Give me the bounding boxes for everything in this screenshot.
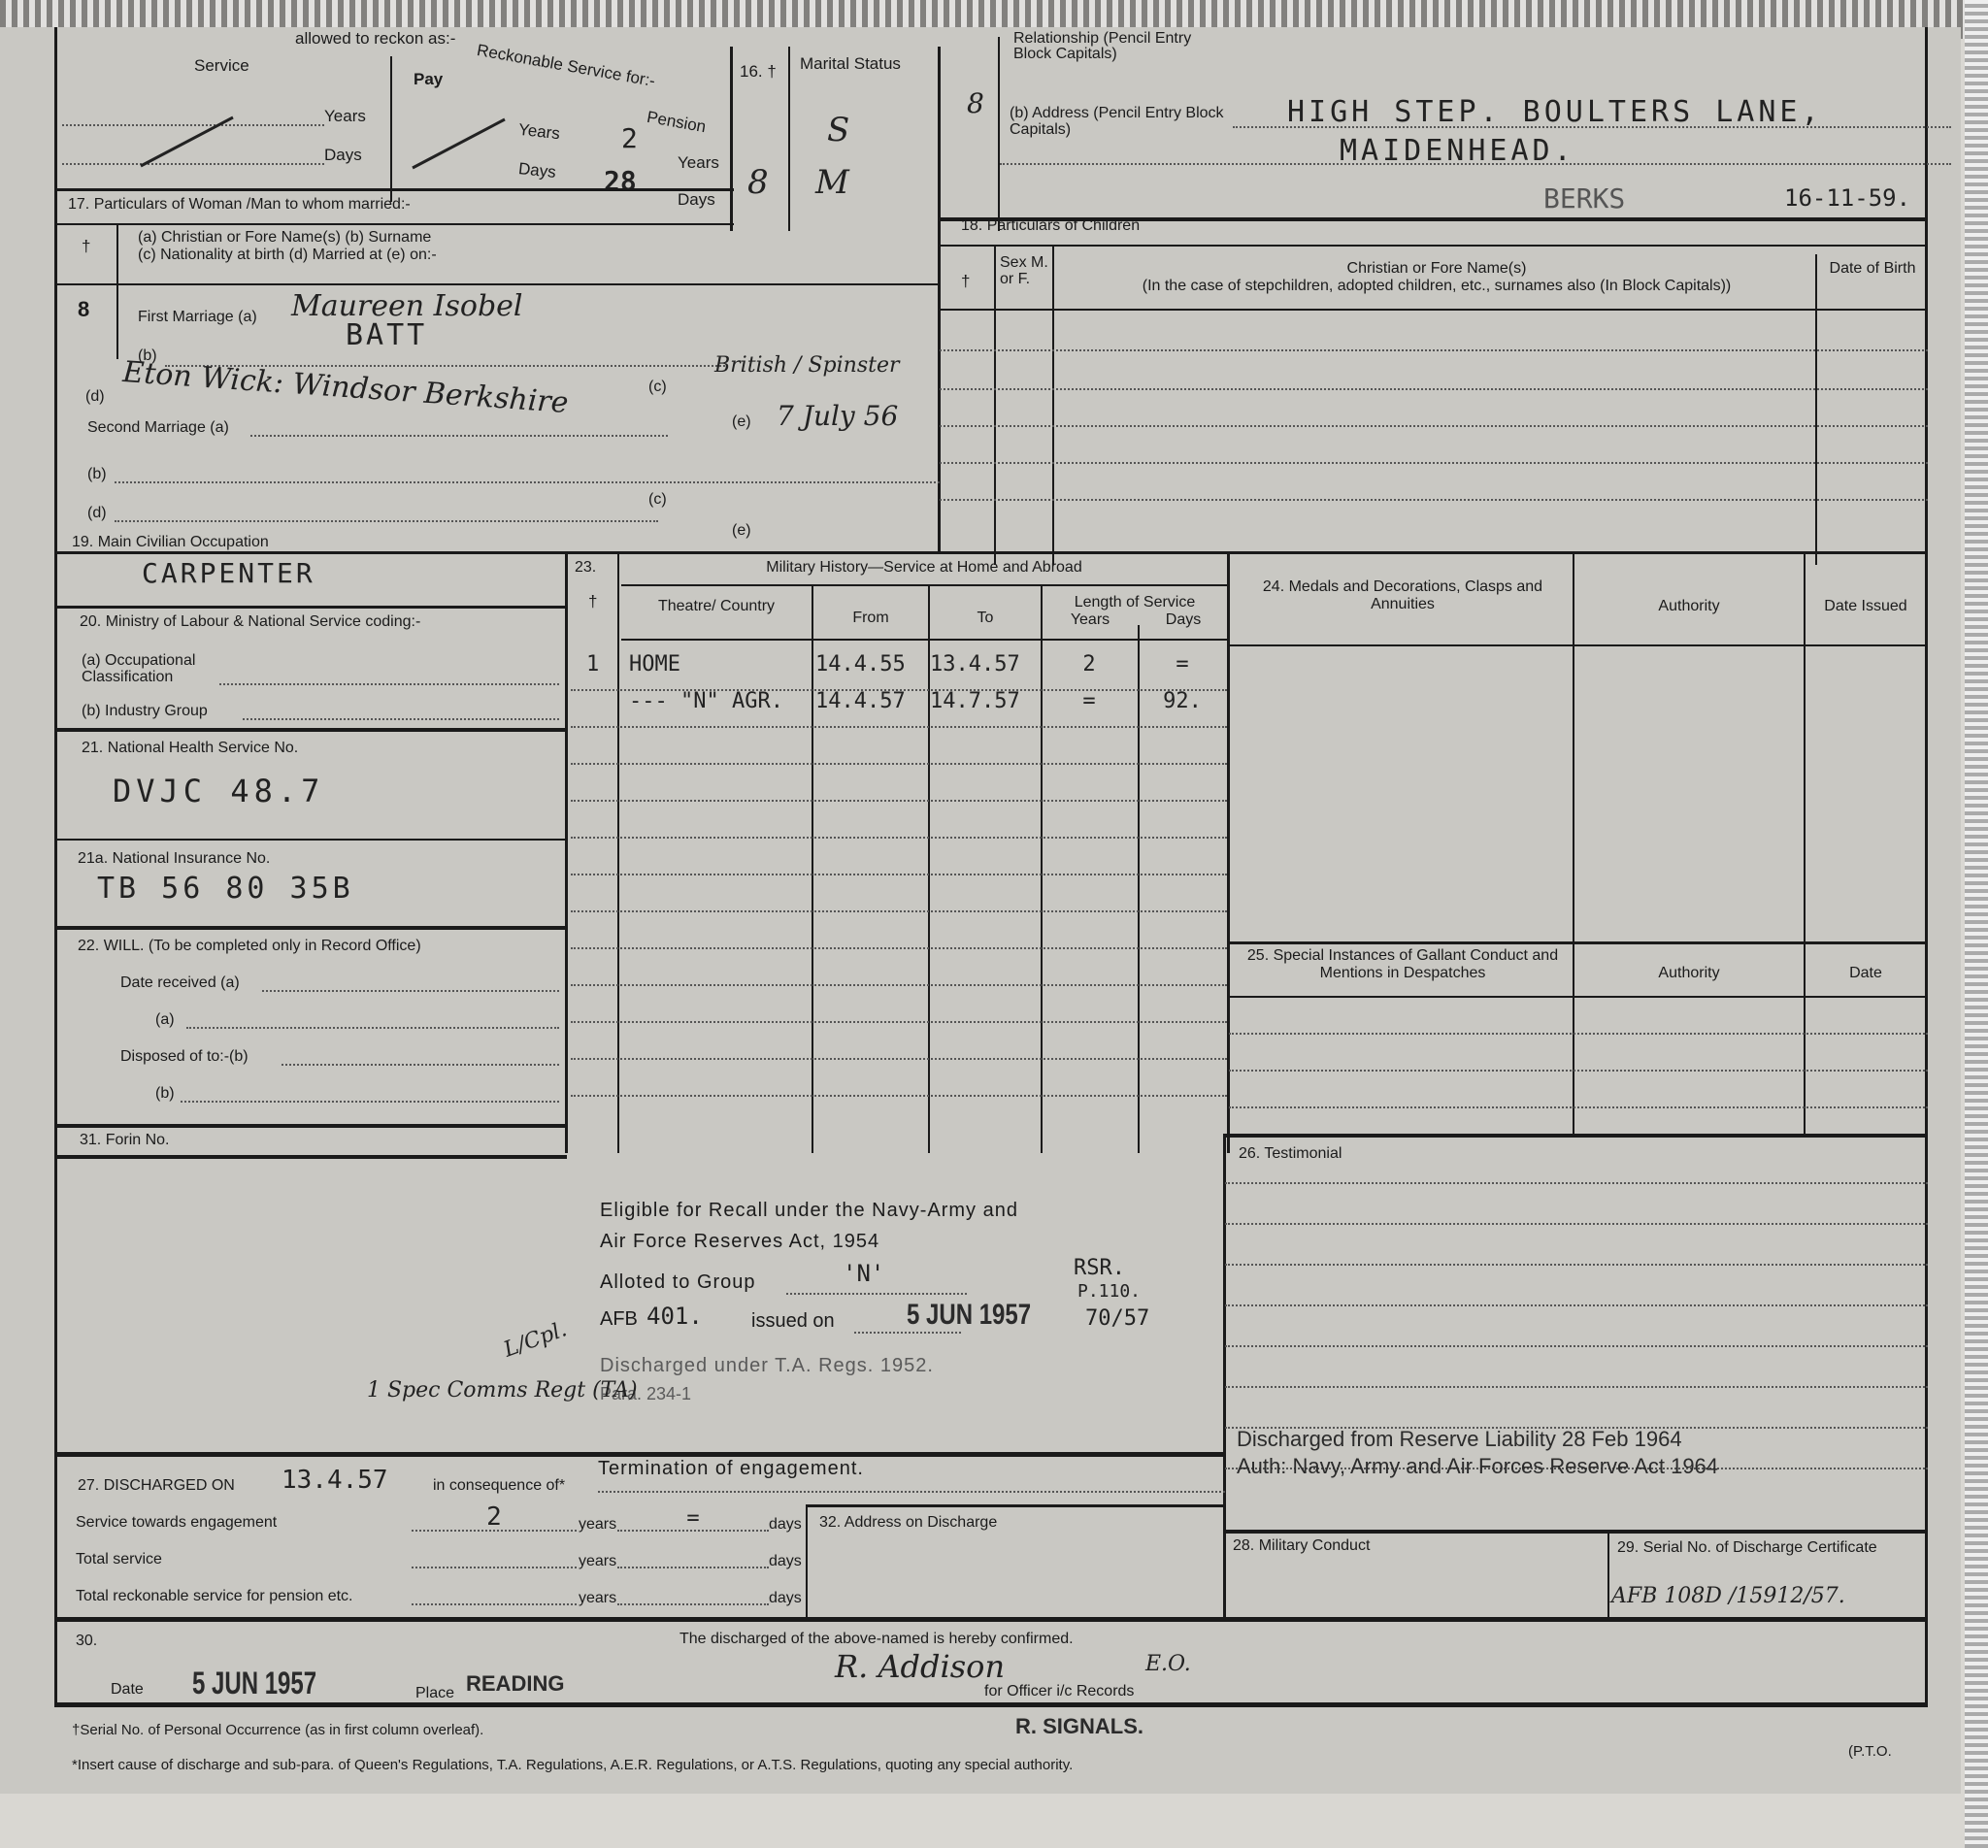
divider	[812, 584, 813, 1153]
discharge-form-page: allowed to reckon as:- Service Years Day…	[0, 27, 1961, 1794]
allotted-group-label: Alloted to Group	[600, 1271, 756, 1294]
mh-days-cell: =	[1140, 652, 1225, 676]
s29-title: 29. Serial No. of Discharge Certificate	[1617, 1539, 1889, 1556]
field-line	[598, 1491, 1225, 1493]
p110-note: P.110.	[1077, 1281, 1141, 1302]
s18-sex-header: Sex M. or F.	[1000, 254, 1050, 287]
s23-dagger: †	[588, 592, 597, 611]
s18-name-subheader: (In the case of stepchildren, adopted ch…	[1058, 278, 1815, 295]
divider	[730, 47, 733, 231]
marital-status-old: S	[827, 111, 849, 149]
second-b-label: (b)	[87, 466, 107, 483]
row-line	[571, 1021, 1227, 1023]
divider	[617, 551, 619, 1153]
recall-eligibility-line-1: Eligible for Recall under the Navy-Army …	[600, 1200, 1018, 1222]
s18-dob-header: Date of Birth	[1819, 260, 1926, 277]
divider	[998, 37, 1000, 231]
length-header: Length of Service	[1043, 594, 1227, 611]
divider	[54, 728, 567, 732]
field-line	[854, 1332, 961, 1334]
row-line	[571, 874, 1227, 875]
s19-title: 19. Main Civilian Occupation	[72, 534, 269, 551]
s28-title: 28. Military Conduct	[1233, 1537, 1370, 1555]
divider	[54, 1124, 567, 1128]
s17-title: 17. Particulars of Woman /Man to whom ma…	[68, 196, 411, 214]
s20-title: 20. Ministry of Labour & National Servic…	[80, 613, 420, 631]
s25-date-header: Date	[1806, 965, 1926, 982]
will-date-received-label: Date received (a)	[120, 974, 240, 992]
divider	[806, 1504, 1225, 1507]
first-marriage-nationality: British / Spinster	[714, 353, 899, 378]
divider	[1815, 254, 1817, 565]
row-line	[1229, 1070, 1928, 1072]
reference-note: 70/57	[1085, 1306, 1149, 1331]
s30-num: 30.	[76, 1633, 97, 1650]
confirmation-text: The discharged of the above-named is her…	[679, 1631, 1074, 1648]
s27-years-label: years	[579, 1590, 616, 1607]
field-line	[181, 1101, 559, 1103]
reserve-discharge-stamp: Discharged from Reserve Liability 28 Feb…	[1237, 1427, 1682, 1452]
child-row-line	[940, 462, 1928, 464]
divider	[940, 309, 1928, 311]
marital-status-title: Marital Status	[800, 54, 901, 74]
testimonial-line	[1225, 1345, 1928, 1347]
s24-date-header: Date Issued	[1806, 598, 1926, 615]
s25-title: 25. Special Instances of Gallant Conduct…	[1233, 947, 1573, 982]
divider	[806, 1504, 808, 1619]
field-line	[412, 1603, 577, 1605]
s31-title: 31. Forin No.	[80, 1132, 169, 1149]
testimonial-line	[1225, 1386, 1928, 1388]
row-line	[571, 837, 1227, 839]
mh-to-cell: 14.7.57	[930, 689, 1039, 713]
occupational-classification-label: (a) Occupational Classification	[82, 652, 247, 685]
s18-name-header: Christian or Fore Name(s)	[1058, 260, 1815, 278]
child-row-line	[940, 425, 1928, 427]
mh-from-cell: 14.4.57	[815, 689, 928, 713]
divider	[938, 47, 941, 551]
s24-authority-header: Authority	[1574, 598, 1804, 615]
s17-cols-label-2: (c) Nationality at birth (d) Married at …	[138, 247, 437, 264]
s24-title: 24. Medals and Decorations, Clasps and A…	[1233, 578, 1573, 613]
row-line	[571, 800, 1227, 802]
divider	[994, 245, 996, 565]
service-strike-mark	[136, 113, 243, 171]
s17-dagger: †	[82, 237, 90, 256]
divider	[1573, 551, 1574, 1134]
field-line	[412, 1567, 577, 1568]
s27-years-value: 2	[412, 1502, 577, 1532]
divider	[565, 551, 568, 1153]
address-line-1: HIGH STEP. BOULTERS LANE,	[1287, 95, 1823, 129]
mh-years-cell: =	[1043, 689, 1136, 713]
mh-theatre-cell: HOME	[629, 652, 810, 676]
second-c-label: (c)	[648, 491, 667, 509]
divider	[1227, 551, 1230, 1153]
footnote-dagger: †Serial No. of Personal Occurrence (as i…	[72, 1722, 483, 1738]
divider	[54, 551, 1928, 554]
marital-serial: 8	[747, 163, 769, 202]
divider	[1223, 1134, 1928, 1138]
divider	[940, 245, 1928, 247]
military-history-title: Military History—Service at Home and Abr…	[621, 559, 1227, 577]
divider	[1229, 941, 1928, 944]
row-line	[571, 984, 1227, 986]
divider	[54, 1155, 567, 1159]
child-row-line	[940, 499, 1928, 501]
s21a-title: 21a. National Insurance No.	[78, 850, 270, 868]
signature-suffix: E.O.	[1145, 1652, 1191, 1676]
officer-signature: R. Addison	[835, 1648, 1005, 1685]
s26-title: 26. Testimonial	[1239, 1145, 1342, 1163]
will-b-label: (b)	[155, 1085, 175, 1103]
discharge-certificate-serial: AFB 108D /15912/57.	[1611, 1584, 1845, 1608]
to-header: To	[930, 610, 1041, 627]
consequence-label: in consequence of*	[433, 1477, 565, 1495]
field-line	[186, 1027, 559, 1029]
afb-label: AFB	[600, 1308, 638, 1331]
nhs-number-value: DVJC 48.7	[113, 773, 324, 809]
s27-years-label: years	[579, 1553, 616, 1570]
divider	[54, 606, 567, 609]
service-years-label: Years	[324, 107, 366, 126]
civilian-occupation-value: CARPENTER	[142, 557, 315, 589]
unit-stamp: R. SIGNALS.	[1015, 1714, 1143, 1739]
divider	[54, 1452, 1225, 1457]
divider	[1229, 644, 1928, 646]
field-line	[262, 990, 559, 992]
will-disposed-label: Disposed of to:-(b)	[120, 1048, 248, 1066]
s17-cols-label: (a) Christian or Fore Name(s) (b) Surnam…	[138, 229, 431, 247]
row-line	[571, 689, 1227, 691]
divider	[54, 926, 567, 930]
divider	[116, 223, 118, 359]
pto-marker: (P.T.O.	[1848, 1743, 1892, 1760]
rsr-note: RSR.	[1074, 1256, 1125, 1280]
relationship-label: Relationship (Pencil Entry Block Capital…	[1013, 31, 1227, 62]
mh-from-cell: 14.4.55	[815, 652, 928, 676]
divider	[621, 639, 1227, 641]
row-line	[571, 763, 1227, 765]
first-marriage-surname: BATT	[346, 318, 427, 352]
ta-regs-discharge-line: Discharged under T.A. Regs. 1952.	[600, 1355, 934, 1377]
days-header: Days	[1140, 611, 1227, 629]
afb-value: 401.	[646, 1303, 703, 1330]
s17-serial: 8	[78, 297, 89, 322]
field-line	[617, 1603, 769, 1605]
testimonial-line	[1225, 1264, 1928, 1266]
address-line	[1000, 163, 1951, 165]
s27-row-label: Total reckonable service for pension etc…	[76, 1588, 352, 1605]
first-c-label: (c)	[648, 379, 667, 396]
mh-to-cell: 13.4.57	[930, 652, 1039, 676]
s18-dagger: †	[961, 272, 970, 291]
s27-row-label: Total service	[76, 1551, 162, 1568]
s30-date-label: Date	[111, 1681, 144, 1699]
s27-days-value: =	[617, 1506, 769, 1531]
issued-on-label: issued on	[751, 1310, 835, 1333]
unit-handwritten: 1 Spec Comms Regt (TA)	[367, 1378, 638, 1402]
divider	[390, 56, 392, 202]
divider	[54, 188, 734, 191]
industry-group-label: (b) Industry Group	[82, 703, 208, 720]
testimonial-line	[1225, 1223, 1928, 1225]
divider	[1223, 1134, 1226, 1619]
first-d-label: (d)	[85, 388, 105, 406]
s27-discharged-on-label: 27. DISCHARGED ON	[78, 1477, 235, 1495]
second-marriage-label: Second Marriage (a)	[87, 419, 229, 437]
s30-place-stamp: READING	[466, 1671, 564, 1697]
marital-num-label: 16. †	[740, 62, 777, 82]
first-marriage-label: First Marriage (a)	[138, 309, 257, 326]
afb-issued-date: 5 JUN 1957	[907, 1299, 1031, 1332]
field-line	[786, 1293, 967, 1295]
field-line	[115, 520, 658, 522]
first-marriage-date: 7 July 56	[777, 400, 898, 432]
mh-days-cell: 92.	[1140, 689, 1225, 713]
discharge-cause-value: Termination of engagement.	[598, 1458, 864, 1480]
service-days-label: Days	[324, 146, 362, 165]
divider	[54, 223, 734, 225]
discharge-date-value: 13.4.57	[282, 1466, 388, 1495]
reserve-authority-stamp: Auth: Navy, Army and Air Forces Reserve …	[1237, 1454, 1718, 1479]
field-line	[617, 1567, 769, 1568]
s27-years-label: years	[579, 1516, 616, 1534]
s18-title: 18. Particulars of Children	[961, 217, 1140, 235]
s27-days-label: days	[769, 1516, 802, 1534]
address-line-3: BERKS	[1543, 182, 1625, 214]
field-line	[115, 481, 940, 483]
divider	[54, 839, 567, 841]
pension-years-label: Years	[678, 153, 719, 173]
divider	[621, 584, 1227, 586]
reckonable-years-value: 2	[621, 122, 638, 154]
child-row-line	[940, 388, 1928, 390]
field-line	[282, 1064, 559, 1066]
mh-years-cell: 2	[1043, 652, 1136, 676]
row-line	[571, 947, 1227, 949]
row-line	[571, 1058, 1227, 1060]
address-line	[1233, 126, 1951, 128]
s30-date-stamp: 5 JUN 1957	[192, 1666, 316, 1701]
second-e-label: (e)	[732, 522, 751, 540]
field-line	[250, 435, 668, 437]
years-header: Years	[1043, 611, 1138, 629]
first-e-label: (e)	[732, 413, 751, 431]
divider	[1607, 1530, 1609, 1619]
from-header: From	[813, 610, 928, 627]
s27-days-label: days	[769, 1553, 802, 1570]
allotted-group-value: 'N'	[843, 1260, 884, 1287]
s25-authority-header: Authority	[1574, 965, 1804, 982]
marital-status-value: M	[815, 163, 849, 202]
reckonable-days-value: 28	[604, 165, 637, 197]
s22-title: 22. WILL. (To be completed only in Recor…	[78, 938, 421, 955]
pay-label: Pay	[414, 70, 443, 89]
divider	[1225, 1530, 1928, 1534]
background-fabric-edge	[1965, 0, 1988, 1848]
mh-theatre-cell: --- "N" AGR.	[629, 689, 810, 713]
child-row-line	[940, 349, 1928, 351]
row-line	[571, 726, 1227, 728]
divider	[54, 283, 938, 285]
reckon-heading: allowed to reckon as:-	[295, 29, 455, 49]
divider	[788, 47, 790, 231]
reckon-days-label: Days	[517, 159, 557, 182]
address-date: 16-11-59.	[1784, 184, 1910, 212]
s27-days-label: days	[769, 1590, 802, 1607]
row-line	[1229, 1033, 1928, 1035]
second-d-label: (d)	[87, 505, 107, 522]
footnote-star: *Insert cause of discharge and sub-para.…	[72, 1757, 1073, 1773]
s30-place-label: Place	[415, 1685, 454, 1702]
divider	[1229, 996, 1928, 998]
field-line	[219, 683, 559, 685]
testimonial-line	[1225, 1304, 1928, 1306]
row-line	[1229, 1106, 1928, 1108]
testimonial-line	[1225, 1182, 1928, 1184]
address-label: (b) Address (Pencil Entry Block Capitals…	[1010, 105, 1233, 138]
s21-title: 21. National Health Service No.	[82, 740, 298, 757]
pay-strike-mark	[408, 115, 514, 173]
theatre-header: Theatre/ Country	[621, 598, 812, 615]
service-label: Service	[194, 56, 249, 76]
s23-num: 23.	[575, 559, 596, 577]
row-line	[571, 910, 1227, 912]
divider	[1052, 245, 1054, 565]
ni-number-value: TB 56 80 35B	[97, 872, 354, 906]
s32-title: 32. Address on Discharge	[819, 1514, 997, 1532]
divider	[54, 1617, 1928, 1622]
row-line	[571, 1095, 1227, 1097]
will-a-label: (a)	[155, 1011, 175, 1029]
s27-row-label: Service towards engagement	[76, 1514, 277, 1532]
address-serial: 8	[967, 87, 984, 119]
recall-eligibility-line-2: Air Force Reserves Act, 1954	[600, 1231, 879, 1253]
divider	[1804, 551, 1806, 1134]
mh-serial-cell: 1	[586, 652, 615, 676]
officer-records-label: for Officer i/c Records	[984, 1683, 1134, 1700]
field-line	[243, 718, 559, 720]
divider	[54, 1702, 1928, 1707]
pension-days-label: Days	[678, 190, 715, 210]
